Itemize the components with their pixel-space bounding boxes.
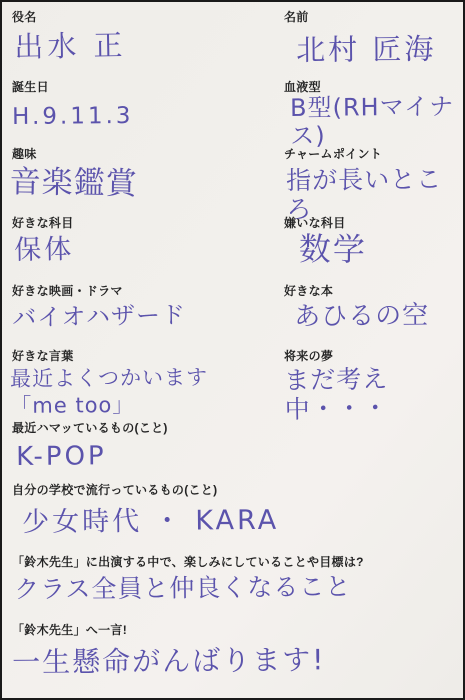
field-role-name-label: 役名 <box>12 8 126 25</box>
field-favorite-movie-drama-label: 好きな映画・ドラマ <box>12 282 186 299</box>
field-hobby-value: 音楽鑑賞 <box>9 165 138 203</box>
field-birthday: 誕生日 H.9.11.3 <box>12 78 133 130</box>
field-recent-obsession: 最近ハマッているもの(こと) K-POP <box>12 419 168 473</box>
field-show-message-label: 「鈴木先生」へ一言! <box>12 621 325 638</box>
field-charm-point: チャームポイント 指が長いところ <box>284 145 463 225</box>
field-disliked-subject-label: 嫌いな科目 <box>284 214 367 231</box>
field-favorite-movie-drama-value: バイオハザード <box>12 302 186 333</box>
field-favorite-subject-label: 好きな科目 <box>12 214 74 231</box>
field-hobby-label: 趣味 <box>12 145 138 162</box>
field-actor-name: 名前 北村 匠海 <box>284 8 436 67</box>
field-role-name: 役名 出水 正 <box>12 8 126 64</box>
field-favorite-book: 好きな本 あひるの空 <box>284 282 429 333</box>
field-birthday-label: 誕生日 <box>12 78 133 95</box>
field-recent-obsession-value: K-POP <box>16 442 168 473</box>
field-favorite-book-value: あひるの空 <box>294 302 429 333</box>
field-favorite-subject-value: 保体 <box>14 234 75 266</box>
field-show-goal-label: 「鈴木先生」に出演する中で、楽しみにしていることや目標は? <box>12 553 364 570</box>
questionnaire-page: 役名 出水 正 名前 北村 匠海 誕生日 H.9.11.3 血液型 B型(RHマ… <box>0 0 465 700</box>
field-show-message: 「鈴木先生」へ一言! 一生懸命がんばります! <box>12 621 325 679</box>
field-favorite-words-value: 最近よくつかいます 「me too」 <box>10 364 208 420</box>
field-favorite-words: 好きな言葉 最近よくつかいます 「me too」 <box>12 347 208 421</box>
field-recent-obsession-label: 最近ハマッているもの(こと) <box>12 419 168 436</box>
field-future-dream-label: 将来の夢 <box>284 347 463 364</box>
field-blood-type-value: B型(RHマイナス) <box>290 93 463 150</box>
field-school-trend-label: 自分の学校で流行っているもの(こと) <box>12 481 279 498</box>
field-school-trend-value: 少女時代 ・ KARA <box>22 505 279 538</box>
field-favorite-words-label: 好きな言葉 <box>12 347 208 364</box>
field-actor-name-label: 名前 <box>284 8 436 25</box>
field-disliked-subject: 嫌いな科目 数学 <box>284 214 367 268</box>
field-disliked-subject-value: 数学 <box>299 231 367 268</box>
field-birthday-value: H.9.11.3 <box>12 103 134 130</box>
field-favorite-subject: 好きな科目 保体 <box>12 214 74 266</box>
field-school-trend: 自分の学校で流行っているもの(こと) 少女時代 ・ KARA <box>12 481 279 538</box>
field-blood-type: 血液型 B型(RHマイナス) <box>284 78 463 150</box>
field-show-goal: 「鈴木先生」に出演する中で、楽しみにしていることや目標は? クラス全員と仲良くな… <box>12 553 364 605</box>
field-show-message-value: 一生懸命がんばります! <box>12 644 326 679</box>
field-hobby: 趣味 音楽鑑賞 <box>12 145 138 201</box>
field-favorite-movie-drama: 好きな映画・ドラマ バイオハザード <box>12 282 186 333</box>
field-charm-point-label: チャームポイント <box>284 145 463 162</box>
field-actor-name-value: 北村 匠海 <box>296 33 437 68</box>
field-role-name-value: 出水 正 <box>14 29 127 64</box>
field-show-goal-value: クラス全員と仲良くなること <box>14 573 364 605</box>
field-future-dream-value: まだ考え中・・・ <box>284 364 464 425</box>
field-future-dream: 将来の夢 まだ考え中・・・ <box>284 347 463 425</box>
field-favorite-book-label: 好きな本 <box>284 282 429 299</box>
